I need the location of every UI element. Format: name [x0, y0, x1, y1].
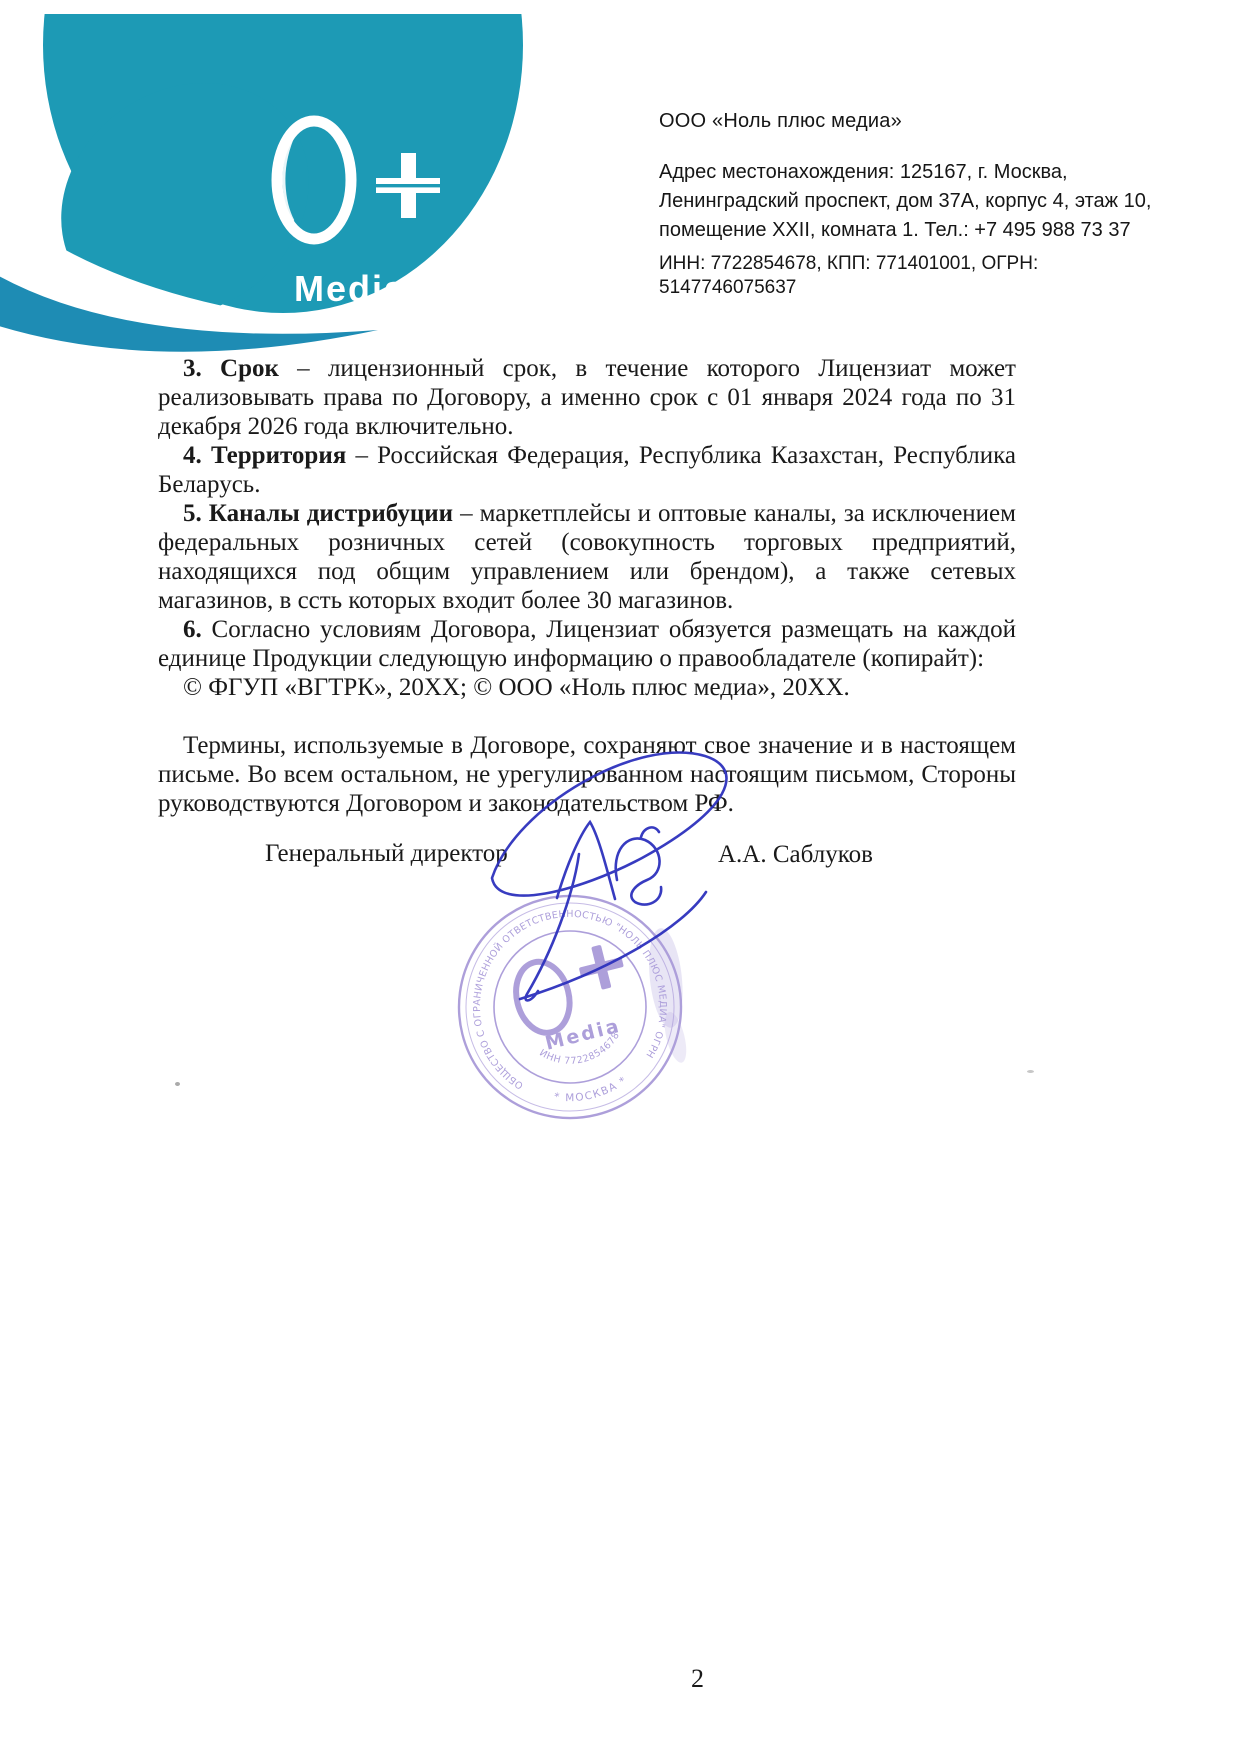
scan-speck [175, 1082, 180, 1086]
page-number: 2 [691, 1664, 704, 1694]
term-territoriya: 4. Территория [183, 442, 346, 469]
address-line-2: Ленинградский проспект, дом 37А, корпус … [659, 187, 1159, 216]
document-page: Media ООО «Ноль плюс медиа» Адрес местон… [0, 0, 1240, 1753]
signature-letter-a [557, 822, 615, 899]
company-stamp: ОБЩЕСТВО С ОГРАНИЧЕННОЙ ОТВЕТСТВЕННОСТЬЮ… [435, 870, 716, 1142]
scan-speck [1027, 1070, 1034, 1073]
logo-media-label: Media [294, 268, 406, 309]
paragraph-srok: 3. Срок – лицензионный срок, в течение к… [158, 354, 1016, 441]
signature-letter-b [616, 838, 661, 904]
address-line-1: Адрес местонахождения: 125167, г. Москва… [659, 158, 1159, 187]
signature-curl [641, 827, 659, 837]
registration-line: ИНН: 7722854678, КПП: 771401001, ОГРН: 5… [659, 252, 1159, 300]
term-kanaly: 5. Каналы дистрибуции [183, 500, 453, 527]
letterhead: ООО «Ноль плюс медиа» Адрес местонахожде… [659, 109, 1159, 300]
paragraph-kanaly: 5. Каналы дистрибуции – маркетплейсы и о… [158, 499, 1016, 615]
term-srok: 3. Срок [183, 355, 279, 382]
company-logo: Media [0, 14, 560, 374]
stamp-and-signature: ОБЩЕСТВО С ОГРАНИЧЕННОЙ ОТВЕТСТВЕННОСТЬЮ… [380, 630, 780, 1150]
address-line-3: помещение XXII, комната 1. Тел.: +7 495 … [659, 216, 1159, 245]
company-name: ООО «Ноль плюс медиа» [659, 109, 1159, 133]
term-6: 6. [183, 616, 202, 643]
paragraph-territoriya: 4. Территория – Российская Федерация, Ре… [158, 441, 1016, 499]
